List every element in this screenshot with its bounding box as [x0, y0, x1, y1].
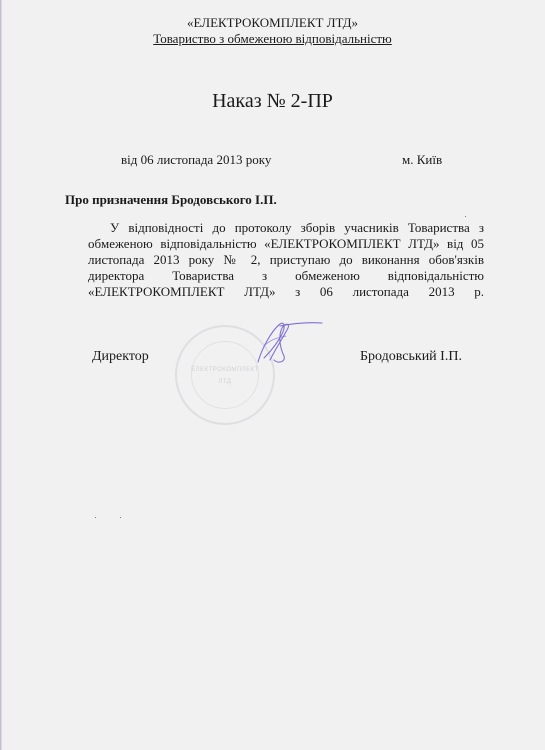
stamp-inner-ring	[191, 341, 259, 409]
scan-speck	[465, 216, 466, 217]
document-city: м. Київ	[402, 152, 442, 168]
document-body: У відповідності до протоколу зборів учас…	[88, 220, 484, 316]
document-subject: Про призначення Бродовського І.П.	[65, 192, 277, 208]
scan-speck	[95, 517, 96, 518]
scan-speck	[120, 517, 121, 518]
company-name: «ЕЛЕКТРОКОМПЛЕКТ ЛТД»	[0, 15, 545, 31]
letterhead: «ЕЛЕКТРОКОМПЛЕКТ ЛТД» Товариство з обмеж…	[0, 15, 545, 47]
company-legal-form: Товариство з обмеженою відповідальністю	[0, 31, 545, 47]
document-date: від 06 листопада 2013 року	[121, 152, 271, 168]
signature-icon	[250, 318, 330, 368]
signer-name: Бродовський І.П.	[360, 348, 462, 366]
signer-position: Директор	[92, 348, 149, 366]
document-title: Наказ № 2-ПР	[0, 89, 545, 113]
stamp-text-center: ЛТД	[177, 379, 273, 385]
